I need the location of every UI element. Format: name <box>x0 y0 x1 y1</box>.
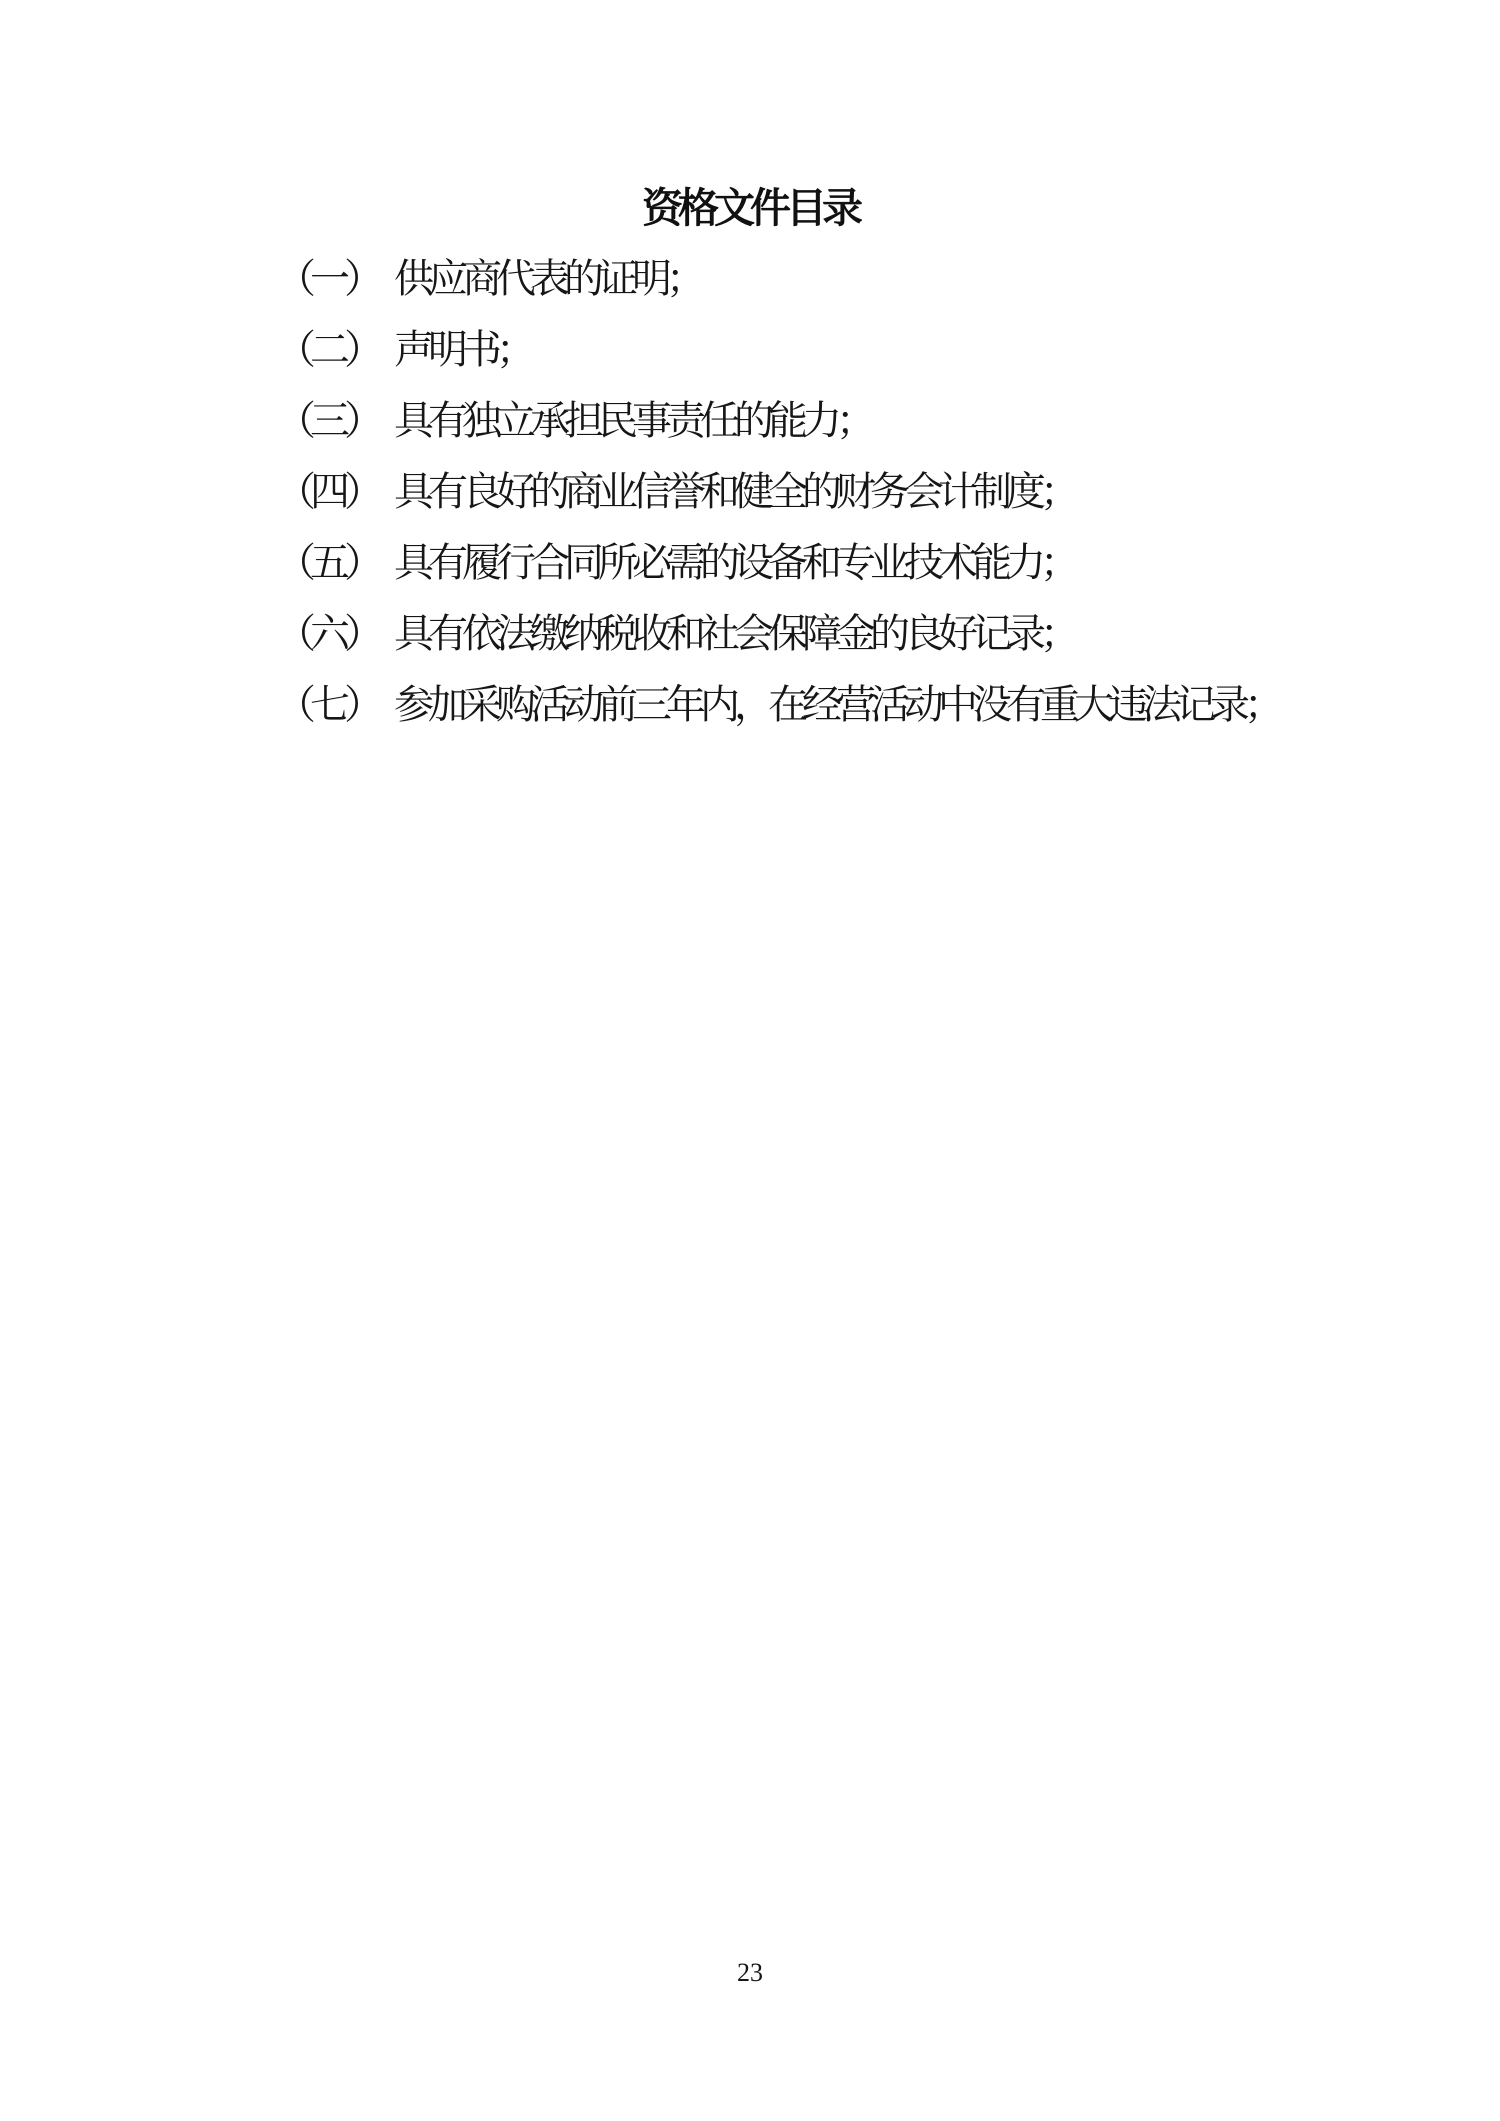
item-number: （七） <box>276 669 378 740</box>
item-number: （一） <box>276 243 378 314</box>
item-text: 具有独立承担民事责任的能力； <box>394 385 870 456</box>
item-text: 具有依法缴纳税收和社会保障金的良好记录； <box>394 598 1074 669</box>
item-text: 声明书； <box>394 314 530 385</box>
item-number: （三） <box>276 385 378 456</box>
list-item: （二） 声明书； <box>276 314 1500 385</box>
qualification-list: （一） 供应商代表的证明； （二） 声明书； （三） 具有独立承担民事责任的能力… <box>276 243 1500 740</box>
item-number: （二） <box>276 314 378 385</box>
document-page: 资格文件目录 （一） 供应商代表的证明； （二） 声明书； （三） 具有独立承担… <box>0 0 1500 2121</box>
list-item: （五） 具有履行合同所必需的设备和专业技术能力； <box>276 527 1500 598</box>
list-item: （七） 参加采购活动前三年内，在经营活动中没有重大违法记录； <box>276 669 1500 740</box>
item-text: 参加采购活动前三年内，在经营活动中没有重大违法记录； <box>394 669 1278 740</box>
item-number: （四） <box>276 456 378 527</box>
page-title: 资格文件目录 <box>0 0 1500 230</box>
item-text: 供应商代表的证明； <box>394 243 700 314</box>
list-item: （六） 具有依法缴纳税收和社会保障金的良好记录； <box>276 598 1500 669</box>
page-number: 23 <box>0 1958 1500 1988</box>
item-text: 具有履行合同所必需的设备和专业技术能力； <box>394 527 1074 598</box>
list-item: （四） 具有良好的商业信誉和健全的财务会计制度； <box>276 456 1500 527</box>
list-item: （一） 供应商代表的证明； <box>276 243 1500 314</box>
item-number: （五） <box>276 527 378 598</box>
list-item: （三） 具有独立承担民事责任的能力； <box>276 385 1500 456</box>
item-text: 具有良好的商业信誉和健全的财务会计制度； <box>394 456 1074 527</box>
item-number: （六） <box>276 598 378 669</box>
